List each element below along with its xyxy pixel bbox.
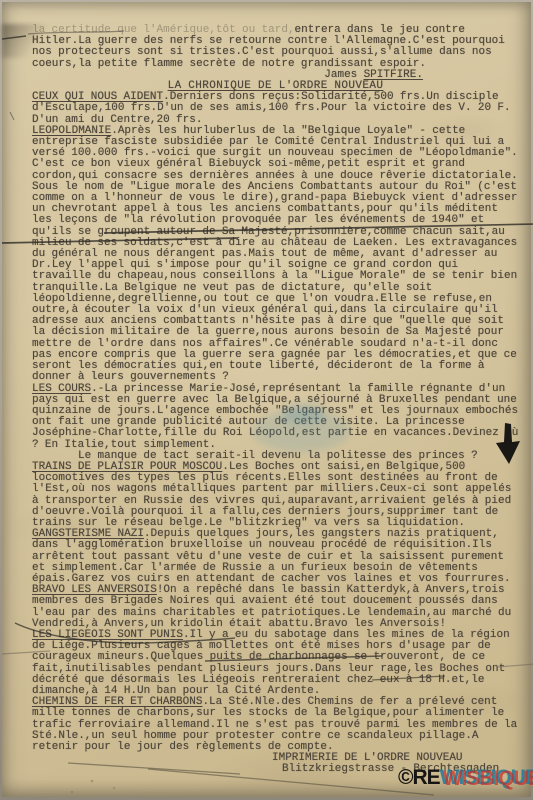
section-text: .-La princesse Marie-José,représentant l… <box>32 383 518 451</box>
watermark-body: WISBIQUEWISBIQUE <box>440 766 533 790</box>
pen-dash-top-left <box>2 36 26 39</box>
section-ceux-qui-nous-aident: CEUX QUI NOUS AIDENT.Derniers dons reçus… <box>32 92 519 126</box>
section-les-cours: LES COURS.-La princesse Marie-José,repré… <box>32 384 519 451</box>
signature-name: James <box>324 69 363 81</box>
section-les-liegeois: LES LIEGEOIS SONT PUNIS.Il y a eu du sab… <box>32 630 519 697</box>
section-gangsterisme-nazi: GANGSTERISME NAZI.Depuis quelques jours,… <box>32 529 519 585</box>
paragraph-text: Le manque de tact serait-il devenu la po… <box>78 450 478 462</box>
scanned-document-photo: la certitude que l'Amérique,tôt ou tard,… <box>0 0 533 800</box>
archive-watermark: ©REWISBIQUEWISBIQUE <box>398 766 533 790</box>
opening-paragraph: la certitude que l'Amérique,tôt ou tard,… <box>32 25 519 70</box>
signature-name-underlined: SPITFIRE. <box>364 69 423 81</box>
section-trains-de-plaisir: TRAINS DE PLAISIR POUR MOSCOU.Les Boches… <box>32 462 519 529</box>
section-heading: LES COURS <box>32 383 91 395</box>
section-chemins-de-fer: CHEMINS DE FER ET CHARBONS.La Sté.Nle.de… <box>32 697 519 753</box>
section-text: .Après les hurluberlus de la "Belgique L… <box>32 125 518 383</box>
newspaper-page: la certitude que l'Amérique,tôt ou tard,… <box>2 2 531 797</box>
pencil-dot <box>113 787 115 789</box>
section-leopoldmanie: LEOPOLDMANIE.Après les hurluberlus de la… <box>32 126 519 384</box>
section-text: .Les Boches ont saisi,en Belgique,500 lo… <box>32 461 511 529</box>
pen-tick-left-margin <box>10 112 14 120</box>
watermark-prefix: ©RE <box>398 766 440 789</box>
pencil-dot <box>71 791 73 793</box>
page-content: la certitude que l'Amérique,tôt ou tard,… <box>32 25 519 776</box>
section-text: .Il y a eu du sabotage dans les mines de… <box>32 629 510 697</box>
pencil-dot <box>91 780 94 783</box>
section-bravo-les-anversois: BRAVO LES ANVERSOIS!On a repêché dans le… <box>32 585 519 630</box>
